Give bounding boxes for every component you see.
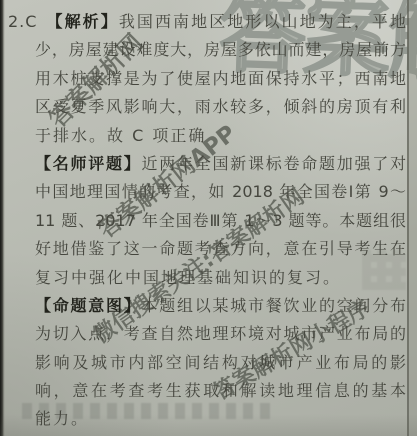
line-text: 11 题、2017 年全国卷Ⅲ第 1～3 题等。本题组很 xyxy=(35,211,406,230)
column-divider-line xyxy=(407,0,409,436)
text-line: 于排水。故 C 项正确 xyxy=(35,122,406,150)
line-text: 用木桩支撑是为了使屋内地面保持水平；西南地 xyxy=(35,69,406,88)
page-edge-left-shadow xyxy=(0,0,5,436)
text-line: 中国地理国情的考查，如 2018 年全国卷Ⅰ第 9～ xyxy=(35,178,406,206)
line-text: 响，意在考查考生获取和解读地理信息的基本 xyxy=(35,381,406,400)
section-head-teacher-comment: 【名师评题】 xyxy=(35,154,142,173)
bottom-scan-shadow xyxy=(0,414,417,436)
answer-explanation-text: 2.C【解析】我国西南地区地形以山地为主，平地 少，房屋建设难度大，房屋多依山而… xyxy=(0,0,417,434)
section-head-question-intent: 【命题意图】 xyxy=(35,296,142,315)
line-text: 影响及城市内部空间结构对城市产业布局的影 xyxy=(35,353,406,372)
line-text: 复习中强化中国地理基础知识的复习。 xyxy=(35,268,341,287)
line-text: 本题组以某城市餐饮业的空间分布 xyxy=(142,296,406,315)
line-text: 我国西南地区地形以山地为主，平地 xyxy=(119,12,406,31)
text-line: 复习中强化中国地理基础知识的复习。 xyxy=(35,264,406,292)
line-text: 于排水。故 C 项正确 xyxy=(35,126,206,145)
section-head-analysis: 【解析】 xyxy=(44,12,118,31)
question-number-and-answer: 2.C xyxy=(8,12,37,31)
line-text: 近两年全国新课标卷命题加强了对 xyxy=(142,154,406,173)
text-line: 为切入点，考查自然地理环境对城市产业布局的 xyxy=(35,320,406,348)
line-text: 好地借鉴了这一命题考查方向，意在引导考生在 xyxy=(35,239,406,258)
text-line: 11 题、2017 年全国卷Ⅲ第 1～3 题等。本题组很 xyxy=(35,207,406,235)
text-line: 【命题意图】本题组以某城市餐饮业的空间分布 xyxy=(35,292,406,320)
text-line: 响，意在考查考生获取和解读地理信息的基本 xyxy=(35,377,406,405)
line-text: 少，房屋建设难度大，房屋多依山而建，房屋前方 xyxy=(35,40,406,59)
text-line: 【名师评题】近两年全国新课标卷命题加强了对 xyxy=(35,150,406,178)
line-text: 为切入点，考查自然地理环境对城市产业布局的 xyxy=(35,324,406,343)
text-line: 好地借鉴了这一命题考查方向，意在引导考生在 xyxy=(35,235,406,263)
text-line: 区受夏季风影响大，雨水较多，倾斜的房顶有利 xyxy=(35,93,406,121)
text-line: 影响及城市内部空间结构对城市产业布局的影 xyxy=(35,349,406,377)
line-text: 中国地理国情的考查，如 2018 年全国卷Ⅰ第 9～ xyxy=(35,182,406,201)
text-line: 少，房屋建设难度大，房屋多依山而建，房屋前方 xyxy=(35,36,406,64)
text-line: 2.C【解析】我国西南地区地形以山地为主，平地 xyxy=(8,8,406,36)
page-edge-right-shading xyxy=(409,0,417,436)
text-line: 用木桩支撑是为了使屋内地面保持水平；西南地 xyxy=(35,65,406,93)
scanned-answer-page: 答案解析 答案解析网 答案解析网APP 微信搜索关注:答案解析网 答案解析网小程… xyxy=(0,0,417,436)
line-text: 区受夏季风影响大，雨水较多，倾斜的房顶有利 xyxy=(35,97,406,116)
